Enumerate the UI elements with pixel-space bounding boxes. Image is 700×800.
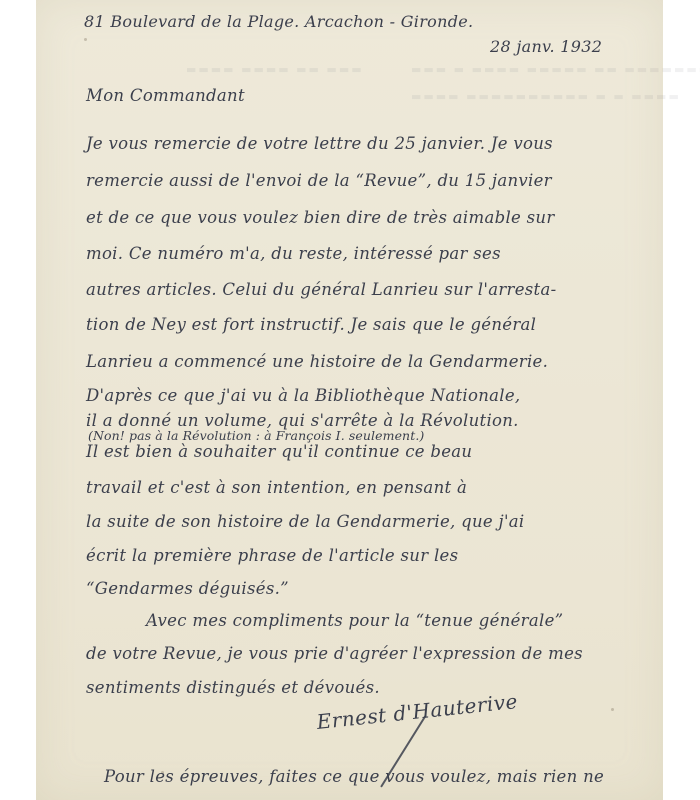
body-line: “Gendarmes déguisés.” [86,579,289,598]
body-line: autres articles. Celui du général Lanrie… [86,280,557,299]
salutation: Mon Commandant [86,86,245,105]
show-through-text: ▬▬▬▬ ▬▬▬▬▬▬▬▬▬▬ ▬ ▬ ▬▬▬▬ [411,90,681,103]
show-through-text: ▬▬▬ ▬ ▬▬▬▬ ▬▬▬▬▬ ▬▬ ▬▬▬▬▬▬▬ [411,63,700,76]
body-line: D'après ce que j'ai vu à la Bibliothèque… [86,386,520,405]
body-line: travail et c'est à son intention, en pen… [86,478,467,497]
parenthetical-note: (Non! pas à la Révolution : à François I… [88,428,424,443]
body-line: tion de Ney est fort instructif. Je sais… [86,315,536,334]
body-line: remercie aussi de l'envoi de la “Revue”,… [86,171,552,190]
paper-speck [84,38,87,41]
closing-line: sentiments distingués et dévoués. [86,678,380,697]
body-line: et de ce que vous voulez bien dire de tr… [86,208,555,227]
postscript: Pour les épreuves, faites ce que vous vo… [104,767,604,786]
body-line: écrit la première phrase de l'article su… [86,546,458,565]
sender-address: 81 Boulevard de la Plage. Arcachon - Gir… [84,12,473,31]
letter-date: 28 janv. 1932 [490,37,602,56]
body-line: la suite de son histoire de la Gendarmer… [86,512,525,531]
body-line: Je vous remercie de votre lettre du 25 j… [86,134,553,153]
closing-line: de votre Revue, je vous prie d'agréer l'… [86,644,583,663]
closing-line: Avec mes compliments pour la “tenue géné… [146,611,563,630]
body-line: Il est bien à souhaiter qu'il continue c… [86,442,472,461]
show-through-text: ▬▬▬▬ ▬▬▬▬ ▬▬ ▬▬▬ [186,63,364,76]
body-line: moi. Ce numéro m'a, du reste, intéressé … [86,244,501,263]
body-line: Lanrieu a commencé une histoire de la Ge… [86,352,548,371]
paper-speck [611,708,614,711]
